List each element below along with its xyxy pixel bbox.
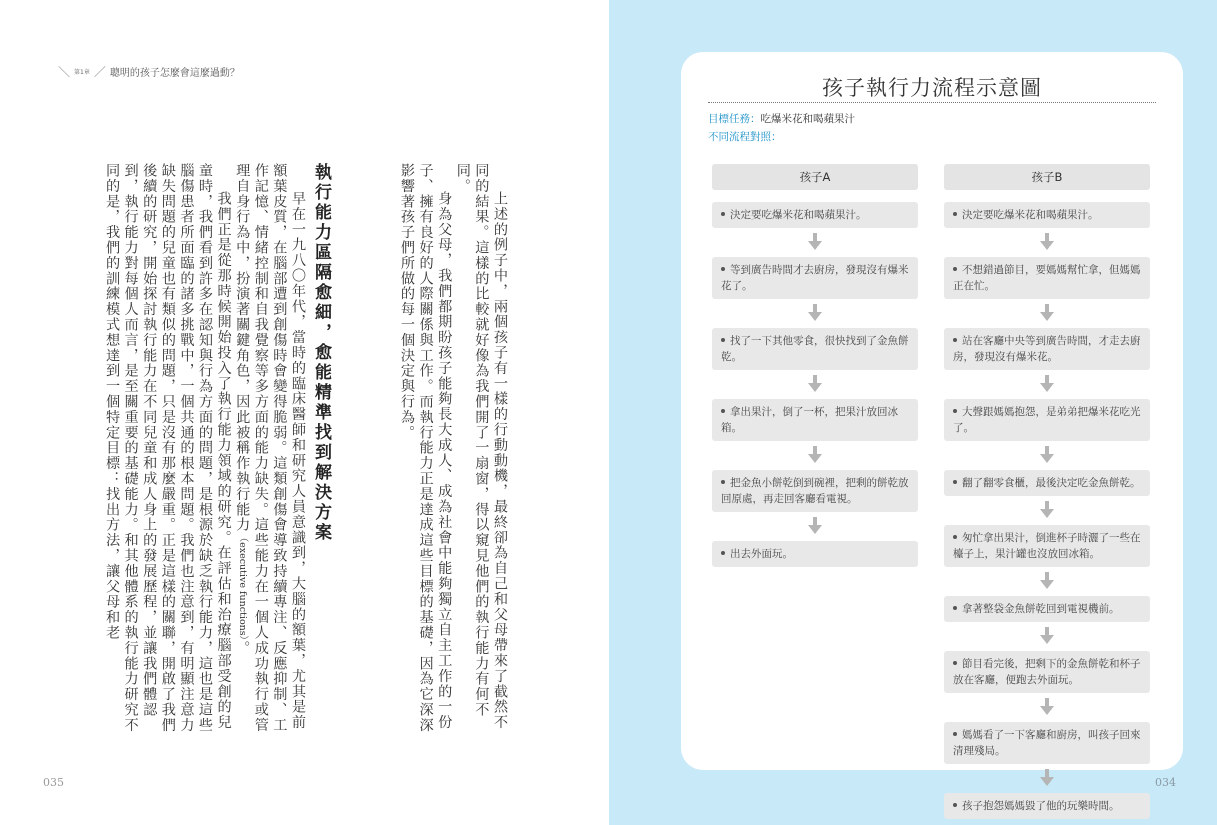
down-arrow-icon: [712, 232, 918, 252]
flow-step: 決定要吃爆米花和喝蘋果汁。: [944, 202, 1150, 228]
flow-step: 拿出果汁，倒了一杯，把果汁放回冰箱。: [712, 399, 918, 441]
flow-step-text: 大聲跟媽媽抱怨，是弟弟把爆米花吃光了。: [953, 406, 1141, 434]
bullet-icon: [953, 267, 957, 271]
bullet-icon: [953, 803, 957, 807]
down-arrow-icon: [944, 374, 1150, 394]
bullet-icon: [953, 535, 957, 539]
bullet-icon: [953, 480, 957, 484]
down-arrow-icon: [944, 768, 1150, 788]
bullet-icon: [953, 212, 957, 216]
flow-step: 翻了翻零食櫃，最後決定吃金魚餅乾。: [944, 470, 1150, 496]
body-paragraph: 我們正是從那時候開始投入了執行能力領域的研究。在評估和治療腦部受創的兒童時，我們…: [102, 163, 232, 743]
bullet-icon: [721, 338, 725, 342]
flow-step: 出去外面玩。: [712, 541, 918, 567]
flow-step-text: 拿著整袋金魚餅乾回到電視機前。: [962, 603, 1120, 615]
flow-step-text: 決定要吃爆米花和喝蘋果汁。: [730, 209, 867, 221]
down-arrow-icon: [944, 445, 1150, 465]
flow-step: 匆忙拿出果汁，倒進杯子時灑了一些在檯子上，果汁罐也沒放回冰箱。: [944, 525, 1150, 567]
bullet-icon: [953, 606, 957, 610]
slash-decoration-icon: ／: [94, 63, 106, 80]
dotted-divider: [708, 102, 1156, 103]
flow-step-text: 匆忙拿出果汁，倒進杯子時灑了一些在檯子上，果汁罐也沒放回冰箱。: [953, 532, 1141, 560]
flow-step-text: 把金魚小餅乾倒到碗裡，把剩的餅乾放回原處，再走回客廳看電視。: [721, 477, 909, 505]
bullet-icon: [953, 409, 957, 413]
flow-step: 站在客廳中央等到廣告時間，才走去廚房，發現沒有爆米花。: [944, 328, 1150, 370]
flow-step: 孩子抱怨媽媽毀了他的玩樂時間。: [944, 793, 1150, 819]
body-paragraphs: 早在一九八〇年代，當時的臨床醫師和研究人員意識到，大腦的額葉，尤其是前額葉皮質，…: [102, 163, 307, 743]
flow-step-text: 找了一下其他零食，很快找到了金魚餅乾。: [721, 335, 909, 363]
compare-label: 不同流程對照：: [708, 129, 782, 144]
diagram-title: 孩子執行力流程示意圖: [681, 72, 1183, 102]
column-header: 孩子A: [712, 164, 918, 190]
flow-step-text: 站在客廳中央等到廣告時間，才走去廚房，發現沒有爆米花。: [953, 335, 1141, 363]
flow-step: 節目看完後，把剩下的金魚餅乾和杯子放在客廳，便跑去外面玩。: [944, 651, 1150, 693]
column-child-b: 孩子B 決定要吃爆米花和喝蘋果汁。不想錯過節目，要媽媽幫忙拿，但媽媽正在忙。站在…: [944, 164, 1150, 819]
down-arrow-icon: [944, 626, 1150, 646]
flow-step: 不想錯過節目，要媽媽幫忙拿，但媽媽正在忙。: [944, 257, 1150, 299]
flow-step: 決定要吃爆米花和喝蘋果汁。: [712, 202, 918, 228]
diagram-card: 孩子執行力流程示意圖 目標任務：吃爆米花和喝蘋果汁 不同流程對照： 孩子A 決定…: [681, 52, 1183, 770]
down-arrow-icon: [944, 303, 1150, 323]
section-heading: 執行能力區隔愈細，愈能精準找到解決方案: [309, 163, 334, 543]
chapter-label: 第1章: [74, 67, 90, 76]
bullet-icon: [721, 409, 725, 413]
down-arrow-icon: [712, 445, 918, 465]
body-paragraph: 早在一九八〇年代，當時的臨床醫師和研究人員意識到，大腦的額葉，尤其是前額葉皮質，…: [233, 163, 307, 743]
flow-step-text: 拿出果汁，倒了一杯，把果汁放回冰箱。: [721, 406, 898, 434]
flow-step-text: 決定要吃爆米花和喝蘋果汁。: [962, 209, 1099, 221]
goal-line: 目標任務：吃爆米花和喝蘋果汁: [708, 111, 855, 126]
bullet-icon: [721, 480, 725, 484]
slash-decoration-icon: ＼: [58, 63, 70, 80]
flow-step-text: 媽媽看了一下客廳和廚房，叫孩子回來清理殘局。: [953, 729, 1141, 757]
running-head: ＼ 第1章 ／ 聰明的孩子怎麼會這麼過動？: [58, 63, 240, 80]
body-text: 。: [234, 640, 250, 655]
down-arrow-icon: [712, 303, 918, 323]
running-head-title: 聰明的孩子怎麼會這麼過動？: [110, 64, 240, 79]
page-number: 034: [1155, 776, 1176, 789]
bullet-icon: [721, 551, 725, 555]
flow-step-text: 不想錯過節目，要媽媽幫忙拿，但媽媽正在忙。: [953, 264, 1141, 292]
flow-step: 媽媽看了一下客廳和廚房，叫孩子回來清理殘局。: [944, 722, 1150, 764]
flow-step-text: 翻了翻零食櫃，最後決定吃金魚餅乾。: [962, 477, 1141, 489]
bullet-icon: [721, 267, 725, 271]
flow-step: 找了一下其他零食，很快找到了金魚餅乾。: [712, 328, 918, 370]
flow-step-text: 出去外面玩。: [730, 548, 793, 560]
left-page: ＼ 第1章 ／ 聰明的孩子怎麼會這麼過動？ 上述的例子中，兩個孩子有一樣的行動動…: [0, 0, 609, 825]
bullet-icon: [721, 212, 725, 216]
flow-step: 拿著整袋金魚餅乾回到電視機前。: [944, 596, 1150, 622]
column-child-a: 孩子A 決定要吃爆米花和喝蘋果汁。等到廣告時間才去廚房，發現沒有爆米花了。找了一…: [712, 164, 918, 567]
flow-step-text: 等到廣告時間才去廚房，發現沒有爆米花了。: [721, 264, 909, 292]
english-term: （executive functions）: [237, 533, 248, 641]
bullet-icon: [953, 661, 957, 665]
down-arrow-icon: [944, 571, 1150, 591]
down-arrow-icon: [712, 516, 918, 536]
down-arrow-icon: [944, 697, 1150, 717]
down-arrow-icon: [944, 500, 1150, 520]
intro-paragraph: 上述的例子中，兩個孩子有一樣的行動動機，最終卻為自己和父母帶來了截然不同的結果。…: [453, 163, 509, 743]
flow-step-text: 孩子抱怨媽媽毀了他的玩樂時間。: [962, 800, 1120, 812]
flow-step: 大聲跟媽媽抱怨，是弟弟把爆米花吃光了。: [944, 399, 1150, 441]
bullet-icon: [953, 338, 957, 342]
intro-paragraphs: 上述的例子中，兩個孩子有一樣的行動動機，最終卻為自己和父母帶來了截然不同的結果。…: [397, 163, 509, 743]
intro-paragraph: 身為父母，我們都期盼孩子能夠長大成人、成為社會中能夠獨立自主工作的一份子、擁有良…: [397, 163, 453, 743]
down-arrow-icon: [944, 232, 1150, 252]
flow-step: 等到廣告時間才去廚房，發現沒有爆米花了。: [712, 257, 918, 299]
goal-label: 目標任務：: [708, 113, 761, 125]
down-arrow-icon: [712, 374, 918, 394]
flow-step-text: 節目看完後，把剩下的金魚餅乾和杯子放在客廳，便跑去外面玩。: [953, 658, 1141, 686]
bullet-icon: [953, 732, 957, 736]
goal-value: 吃爆米花和喝蘋果汁: [761, 113, 856, 125]
flow-step: 把金魚小餅乾倒到碗裡，把剩的餅乾放回原處，再走回客廳看電視。: [712, 470, 918, 512]
column-header: 孩子B: [944, 164, 1150, 190]
page-number: 035: [43, 776, 64, 789]
